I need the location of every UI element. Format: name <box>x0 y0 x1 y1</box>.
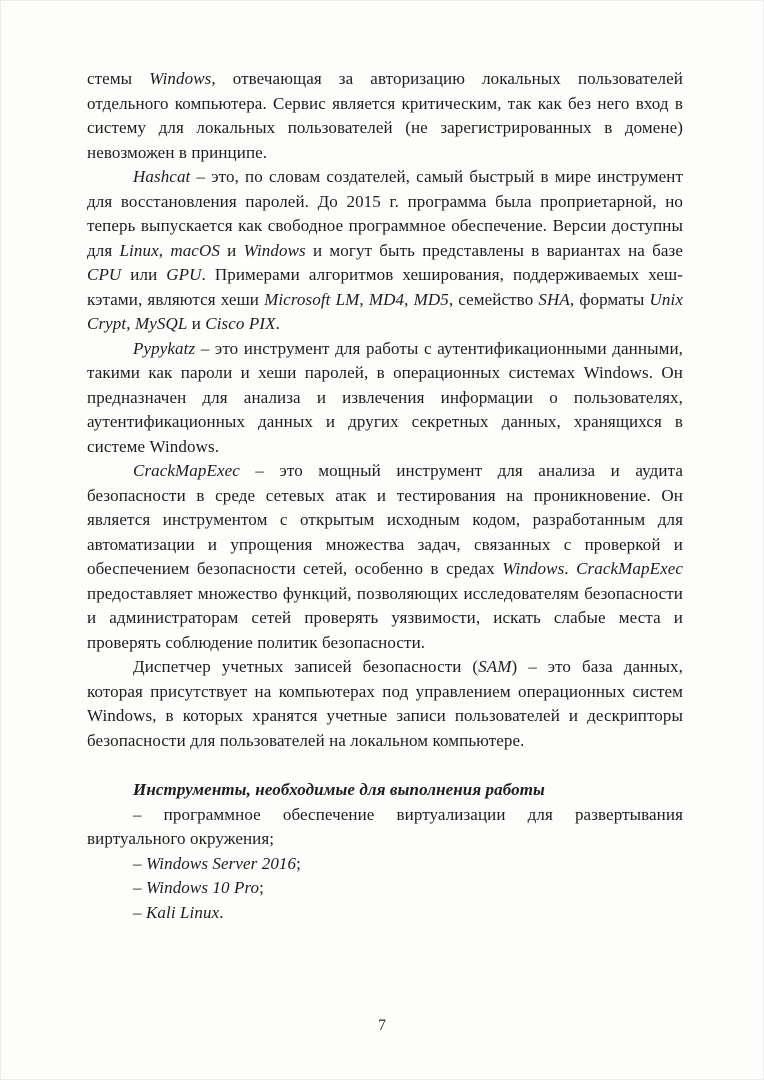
text-column: стемы Windows, отвечающая за авторизацию… <box>87 67 683 925</box>
page-number: 7 <box>1 1017 763 1035</box>
section-heading: Инструменты, необходимые для выполнения … <box>87 778 683 803</box>
paragraph: стемы Windows, отвечающая за авторизацию… <box>87 67 683 165</box>
paragraph: Диспетчер учетных записей безопасности (… <box>87 655 683 753</box>
paragraph: Hashcat – это, по словам создателей, сам… <box>87 165 683 337</box>
list-item: – программное обеспечение виртуализации … <box>87 803 683 852</box>
paragraph: Pypykatz – это инструмент для работы с а… <box>87 337 683 460</box>
list-item: – Windows 10 Pro; <box>87 876 683 901</box>
list-item: – Kali Linux. <box>87 901 683 926</box>
document-page: стемы Windows, отвечающая за авторизацию… <box>0 0 764 1080</box>
paragraph: CrackMapExec – это мощный инструмент для… <box>87 459 683 655</box>
list-item: – Windows Server 2016; <box>87 852 683 877</box>
